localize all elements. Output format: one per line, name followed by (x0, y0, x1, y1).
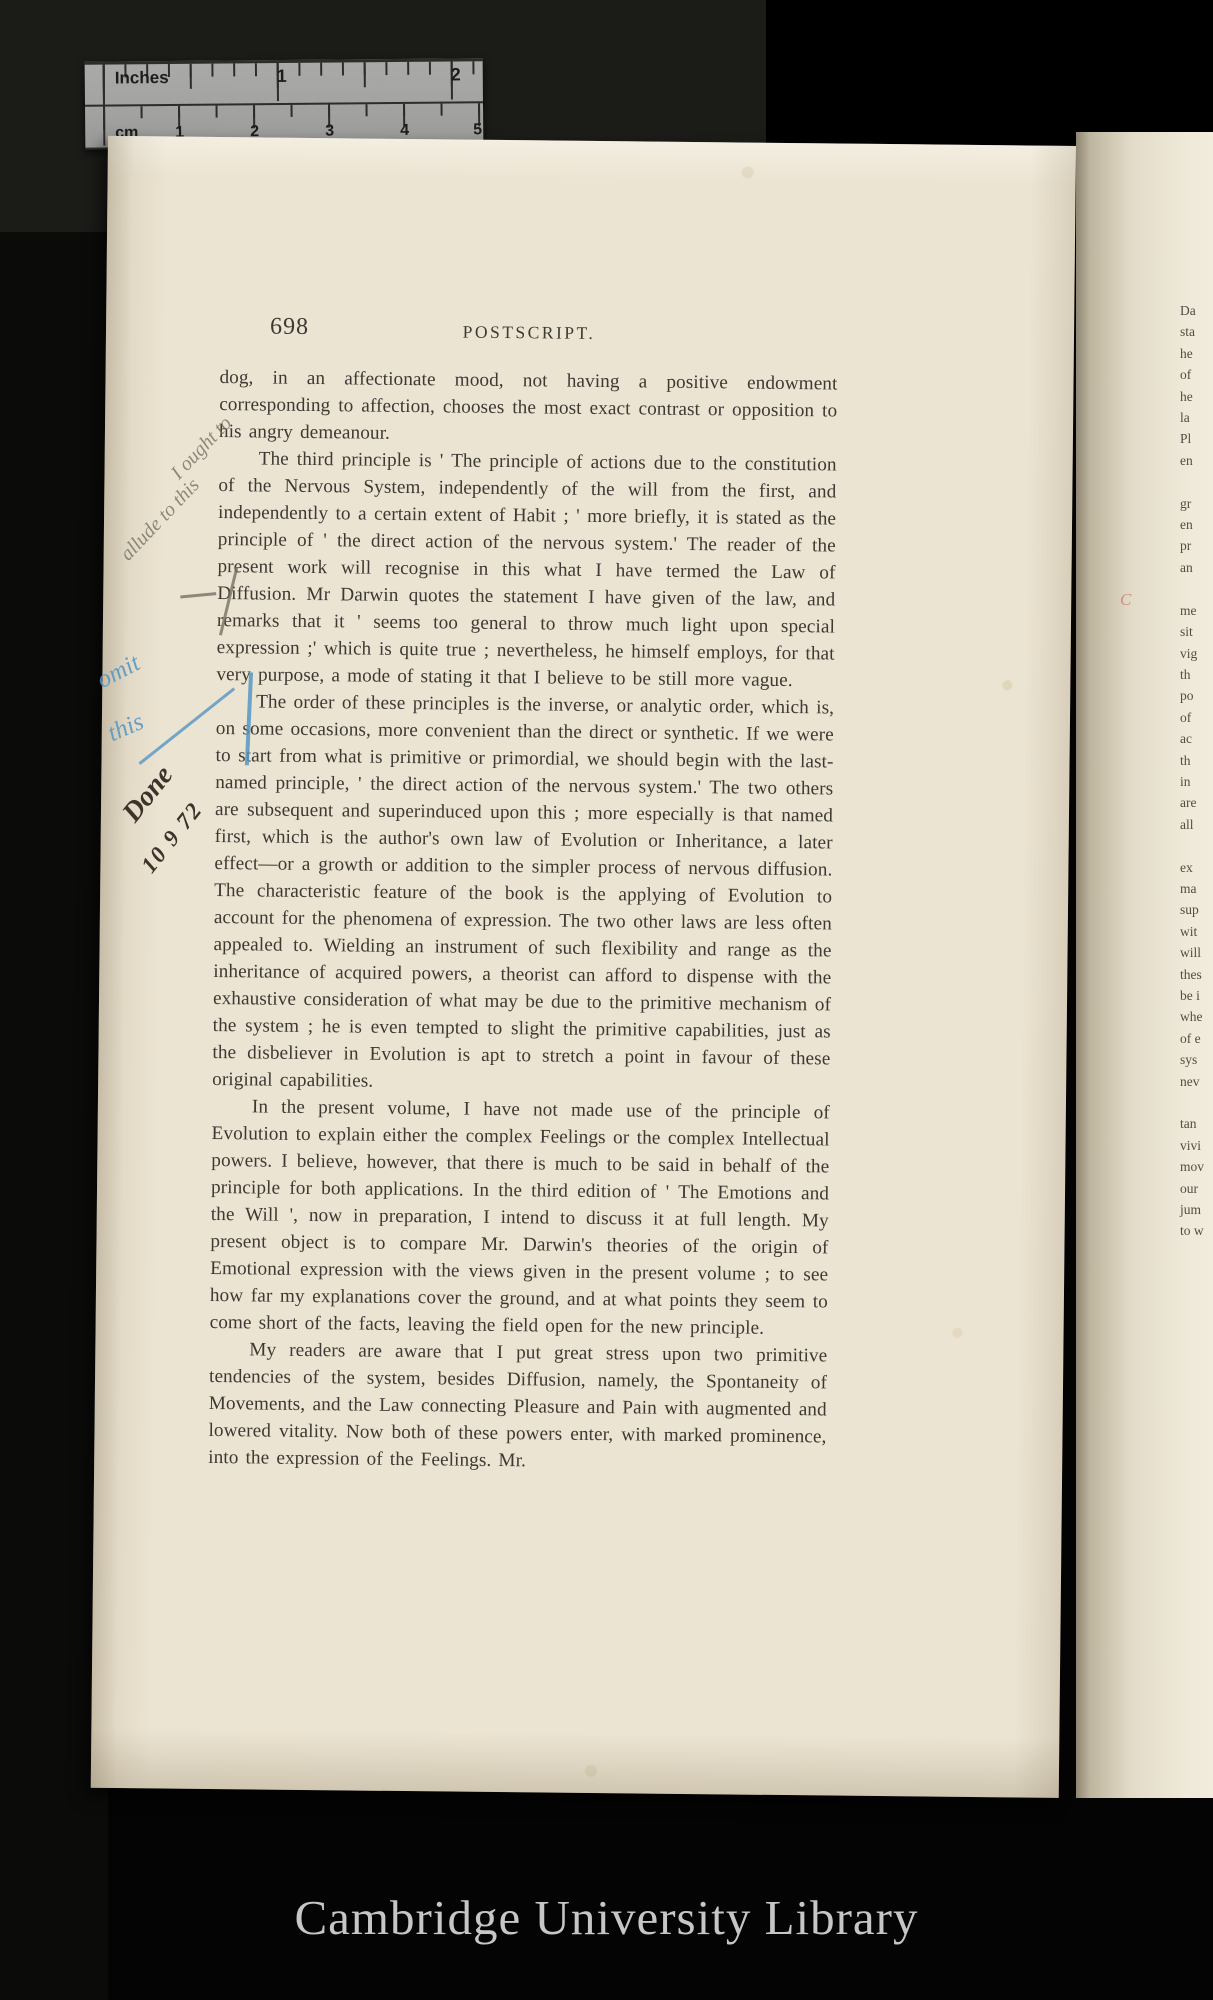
running-head: POSTSCRIPT. (220, 319, 838, 346)
ruler-cm-number-4: 4 (400, 122, 409, 140)
marginalia-pencil-note-line2: allude to this (116, 474, 205, 566)
marginalia-blue-note-line2: this (104, 708, 148, 748)
ruler-inch-number-2: 2 (451, 64, 461, 85)
ruler-inch-number-1: 1 (277, 66, 287, 87)
paragraph: My readers are aware that I put great st… (208, 1336, 827, 1477)
marginalia-pencil-dash (180, 592, 216, 598)
ruler-inches-label: Inches (115, 68, 169, 88)
background-cloth-topright (766, 0, 1213, 150)
library-watermark: Cambridge University Library (0, 1889, 1213, 1946)
facing-page-text-fragments: Da sta he of he la Pl en gr en pr an me … (1180, 300, 1204, 1242)
body-text: dog, in an affectionate mood, not having… (208, 364, 838, 1477)
paragraph: The order of these principles is the inv… (212, 688, 834, 1099)
book-page: 698 POSTSCRIPT. dog, in an affectionate … (91, 136, 1076, 1798)
ruler-cm-number-5: 5 (473, 121, 482, 139)
paragraph: The third principle is ' The principle o… (216, 445, 837, 694)
facing-page-edge: Da sta he of he la Pl en gr en pr an me … (1076, 132, 1213, 1798)
paragraph: In the present volume, I have not made u… (209, 1093, 830, 1342)
marginalia-red-mark: C (1120, 590, 1131, 610)
paragraph: dog, in an affectionate mood, not having… (219, 364, 838, 451)
